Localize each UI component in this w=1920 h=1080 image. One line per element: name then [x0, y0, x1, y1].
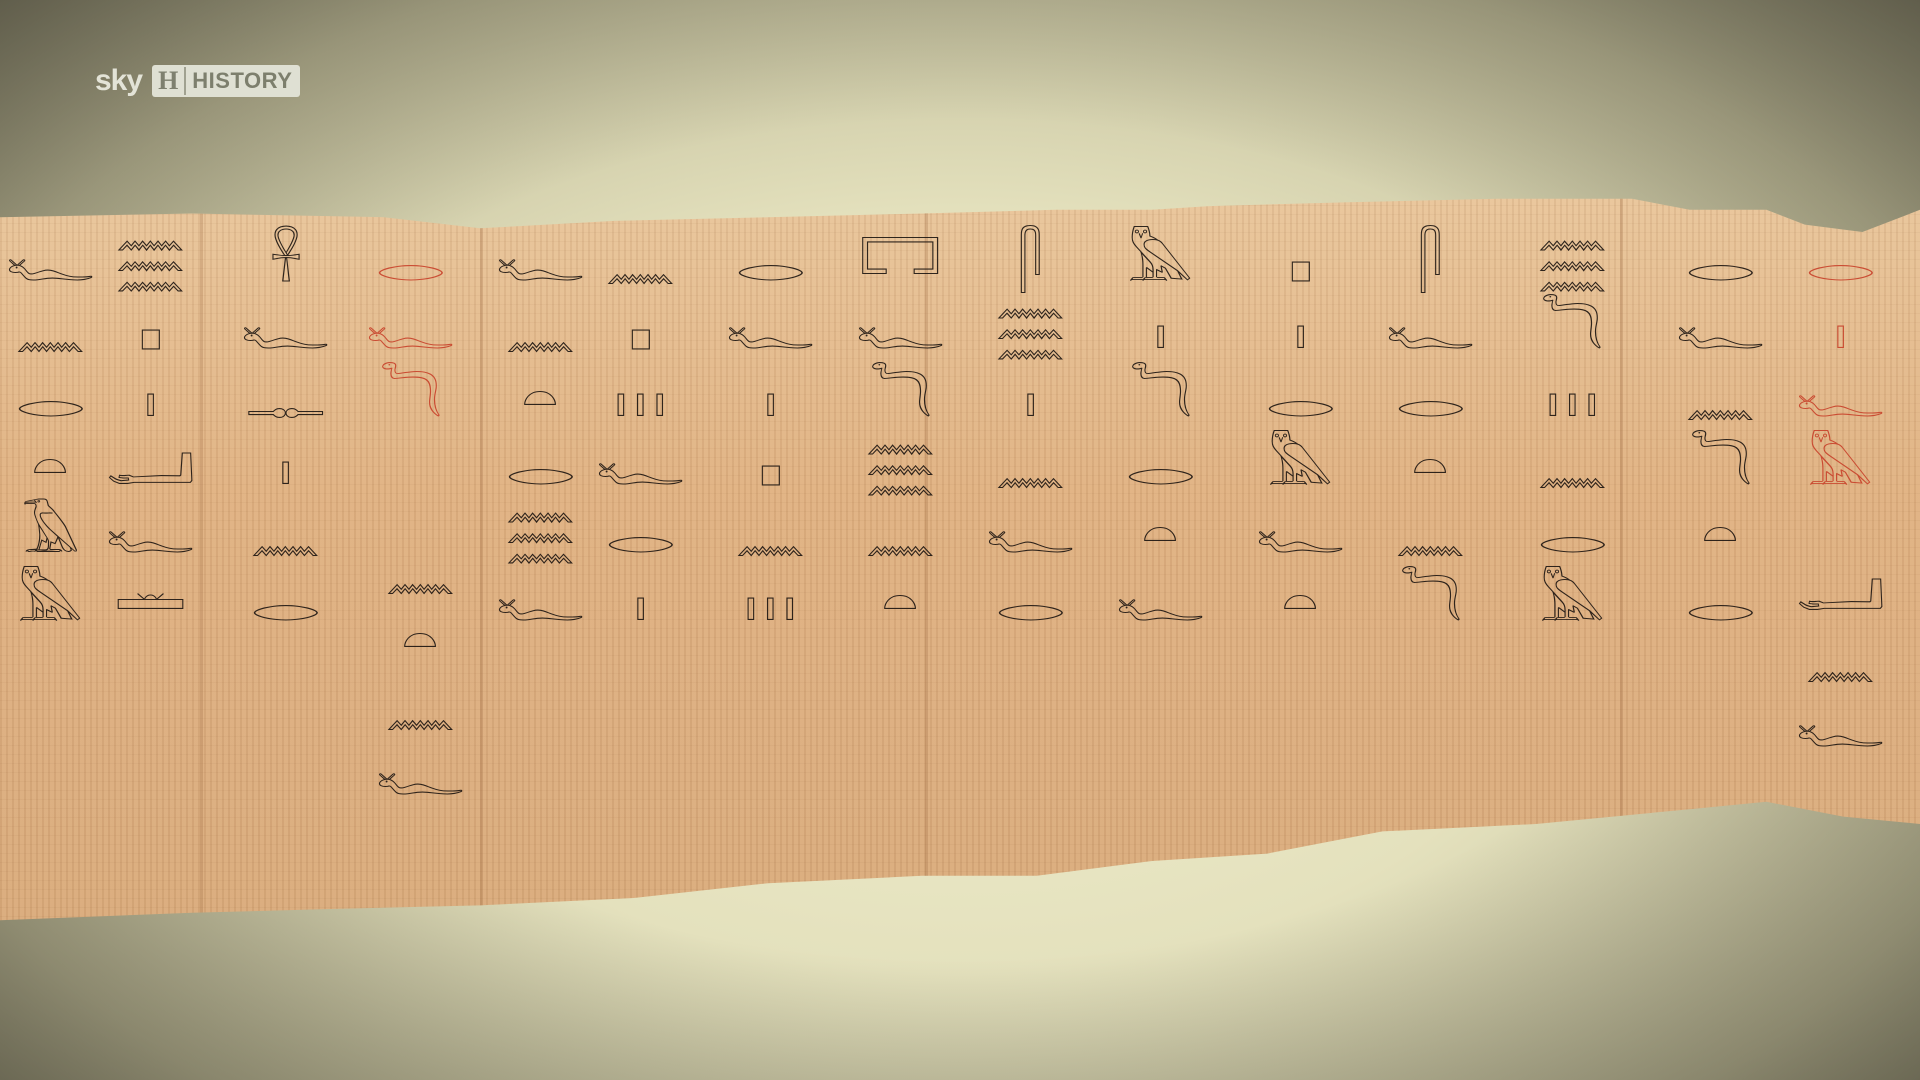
- hieratic-glyph: 𓈖: [385, 545, 456, 599]
- hieratic-glyph: 𓈖: [250, 507, 321, 561]
- hieratic-glyph: 𓂋: [1266, 371, 1336, 425]
- text-column: 𓅓𓏤𓆓𓂋𓏏𓆑: [1120, 235, 1201, 629]
- hieratic-glyph: 𓈖: [385, 681, 456, 735]
- text-column: 𓊪𓏤𓂋𓅓𓆑𓏏: [1260, 235, 1341, 629]
- hieratic-glyph: 𓂝: [106, 439, 195, 493]
- papyrus-scroll: 𓆑𓈖𓂋𓏏𓄿𓅓𓈗𓊪𓏤𓂝𓆑𓏛𓋹𓆑𓊃𓏤𓈖𓂋𓂋𓆑𓆓𓈖𓏏𓈖𓆑𓆑𓈖𓏏𓂋𓈗𓆑𓈖𓊪𓏥𓆑𓂋𓏤𓂋𓆑𓏤…: [0, 195, 1920, 935]
- hieratic-glyph: 𓈖: [505, 303, 576, 357]
- sky-wordmark: sky: [95, 64, 142, 98]
- hieratic-glyph: 𓏤: [634, 575, 646, 629]
- text-column: 𓈖𓏏𓈖𓆑: [380, 545, 461, 803]
- hieratic-glyph: 𓈖: [605, 235, 676, 289]
- text-column: 𓈗𓊪𓏤𓂝𓆑𓏛: [110, 235, 191, 629]
- hieratic-glyph: 𓏤: [279, 439, 291, 493]
- hieratic-glyph: 𓈗: [115, 235, 186, 289]
- papyrus-seam: [1620, 195, 1623, 935]
- hieratic-glyph: 𓊪: [1289, 235, 1313, 289]
- hieratic-glyph: 𓉐: [860, 235, 942, 289]
- history-badge: H HISTORY: [152, 65, 300, 97]
- hieratic-glyph: 𓆑: [366, 303, 455, 357]
- hieratic-glyph: 𓆑: [496, 235, 585, 289]
- hieratic-glyph: 𓆓: [1399, 575, 1463, 629]
- hieratic-glyph: 𓏏: [1142, 507, 1180, 561]
- text-column: 𓂋𓆑𓏤𓊪𓈖𓏥: [730, 235, 811, 629]
- hieratic-glyph: 𓂋: [506, 439, 576, 493]
- papyrus-seam: [200, 195, 203, 935]
- hieratic-glyph: 𓂋: [1537, 507, 1607, 561]
- hieratic-glyph: 𓆓: [869, 371, 933, 425]
- hieratic-glyph: 𓏥: [615, 371, 666, 425]
- hieratic-glyph: 𓊪: [629, 303, 653, 357]
- hieratic-glyph: 𓂋: [1126, 439, 1196, 493]
- hieratic-glyph: 𓏤: [1294, 303, 1306, 357]
- text-column: 𓋴𓆑𓂋𓏏𓈖𓆓: [1390, 235, 1471, 629]
- hieratic-glyph: 𓏤: [1154, 303, 1166, 357]
- hieratic-glyph: 𓈖: [1685, 371, 1756, 425]
- hieratic-glyph: 𓈖: [865, 507, 936, 561]
- hieratic-glyph: 𓂋: [736, 235, 806, 289]
- hieratic-glyph: 𓂋: [376, 235, 446, 289]
- hieratic-glyph: 𓆓: [1689, 439, 1753, 493]
- history-h-icon: H: [158, 67, 186, 95]
- hieratic-glyph: 𓈖: [1395, 507, 1466, 561]
- hieratic-glyph: 𓄿: [21, 507, 80, 561]
- hieratic-glyph: 𓆑: [1256, 507, 1345, 561]
- hieratic-glyph: 𓊪: [759, 439, 783, 493]
- hieratic-glyph: 𓅓: [1539, 575, 1605, 629]
- hieratic-glyph: 𓆓: [1541, 303, 1605, 357]
- hieratic-glyph: 𓆑: [496, 575, 585, 629]
- hieratic-glyph: 𓊪: [139, 303, 163, 357]
- hieratic-glyph: 𓂝: [1796, 565, 1885, 619]
- text-column: 𓋹𓆑𓊃𓏤𓈖𓂋: [245, 235, 326, 629]
- hieratic-glyph: 𓏏: [402, 613, 440, 667]
- hieratic-glyph: 𓈗: [865, 439, 936, 493]
- hieratic-glyph: 𓂋: [251, 575, 321, 629]
- hieratic-glyph: 𓂋: [1686, 235, 1756, 289]
- hieratic-glyph: 𓆑: [726, 303, 815, 357]
- hieratic-glyph: 𓏏: [1282, 575, 1320, 629]
- hieratic-glyph: 𓋹: [269, 235, 302, 289]
- hieratic-glyph: 𓈗: [1537, 235, 1608, 289]
- hieratic-glyph: 𓅓: [1807, 439, 1873, 493]
- hieratic-glyph: 𓆑: [6, 235, 95, 289]
- hieratic-glyph: 𓏤: [1024, 371, 1036, 425]
- text-column: 𓂋𓆑𓈖𓆓𓏏𓂋: [1680, 235, 1761, 629]
- text-column: 𓂋𓏤𓆑𓅓: [1800, 235, 1881, 493]
- hieratic-glyph: 𓆑: [1386, 303, 1475, 357]
- hieratic-glyph: 𓆑: [1676, 303, 1765, 357]
- text-column: 𓆑𓈖𓂋𓏏𓄿𓅓: [10, 235, 91, 629]
- hieratic-glyph: 𓈖: [1537, 439, 1608, 493]
- hieratic-glyph: 𓆑: [986, 507, 1075, 561]
- hieratic-glyph: 𓆓: [379, 371, 443, 425]
- hieratic-glyph: 𓊃: [245, 371, 326, 425]
- hieratic-glyph: 𓆑: [1796, 701, 1885, 755]
- hieratic-glyph: 𓏛: [115, 575, 187, 629]
- hieratic-glyph: 𓆑: [1796, 371, 1885, 425]
- hieratic-glyph: 𓏏: [1702, 507, 1740, 561]
- text-column: 𓋴𓈗𓏤𓈖𓆑𓂋: [990, 235, 1071, 629]
- hieratic-glyph: 𓏤: [144, 371, 156, 425]
- hieratic-glyph: 𓆑: [1116, 575, 1205, 629]
- hieratic-glyph: 𓆓: [1129, 371, 1193, 425]
- text-column: 𓉐𓆑𓆓𓈗𓈖𓏏: [860, 235, 941, 629]
- hieratic-glyph: 𓆑: [376, 749, 465, 803]
- channel-logo: sky H HISTORY: [95, 64, 300, 98]
- hieratic-glyph: 𓂋: [606, 507, 676, 561]
- hieratic-glyph: 𓋴: [1418, 235, 1443, 289]
- hieratic-glyph: 𓂋: [1686, 575, 1756, 629]
- hieratic-glyph: 𓈖: [15, 303, 86, 357]
- hieratic-glyph: 𓈗: [505, 507, 576, 561]
- papyrus-seam: [480, 195, 483, 935]
- hieratic-glyph: 𓏥: [745, 575, 796, 629]
- hieratic-glyph: 𓅓: [1267, 439, 1333, 493]
- hieratic-glyph: 𓈖: [995, 439, 1066, 493]
- hieratic-glyph: 𓈗: [995, 303, 1066, 357]
- hieratic-glyph: 𓏏: [522, 371, 560, 425]
- text-column: 𓆑𓈖𓏏𓂋𓈗𓆑: [500, 235, 581, 629]
- hieratic-glyph: 𓆑: [106, 507, 195, 561]
- text-column: 𓂝𓈖𓆑: [1800, 565, 1881, 755]
- text-column: 𓈗𓆓𓏥𓈖𓂋𓅓: [1540, 235, 1605, 629]
- hieratic-glyph: 𓈖: [1805, 633, 1876, 687]
- hieratic-glyph: 𓂋: [1396, 371, 1466, 425]
- hieratic-glyph: 𓆑: [596, 439, 685, 493]
- hieratic-glyph: 𓆑: [856, 303, 945, 357]
- hieratic-glyph: 𓈖: [735, 507, 806, 561]
- hieratic-glyph: 𓏤: [1834, 303, 1846, 357]
- hieratic-glyph: 𓆑: [241, 303, 330, 357]
- text-column: 𓂋𓆑𓆓: [370, 235, 451, 425]
- text-column: 𓈖𓊪𓏥𓆑𓂋𓏤: [600, 235, 681, 629]
- history-wordmark: HISTORY: [192, 68, 292, 94]
- hieratic-glyph: 𓅓: [17, 575, 83, 629]
- hieratic-glyph: 𓏥: [1547, 371, 1598, 425]
- hieratic-glyph: 𓂋: [16, 371, 86, 425]
- hieratic-glyph: 𓋴: [1018, 235, 1043, 289]
- hieratic-glyph: 𓏏: [32, 439, 70, 493]
- hieratic-glyph: 𓏤: [764, 371, 776, 425]
- hieratic-glyph: 𓏏: [882, 575, 920, 629]
- hieratic-glyph: 𓂋: [1806, 235, 1876, 289]
- hieratic-glyph: 𓏏: [1412, 439, 1450, 493]
- hieratic-glyph: 𓂋: [996, 575, 1066, 629]
- hieratic-glyph: 𓅓: [1127, 235, 1193, 289]
